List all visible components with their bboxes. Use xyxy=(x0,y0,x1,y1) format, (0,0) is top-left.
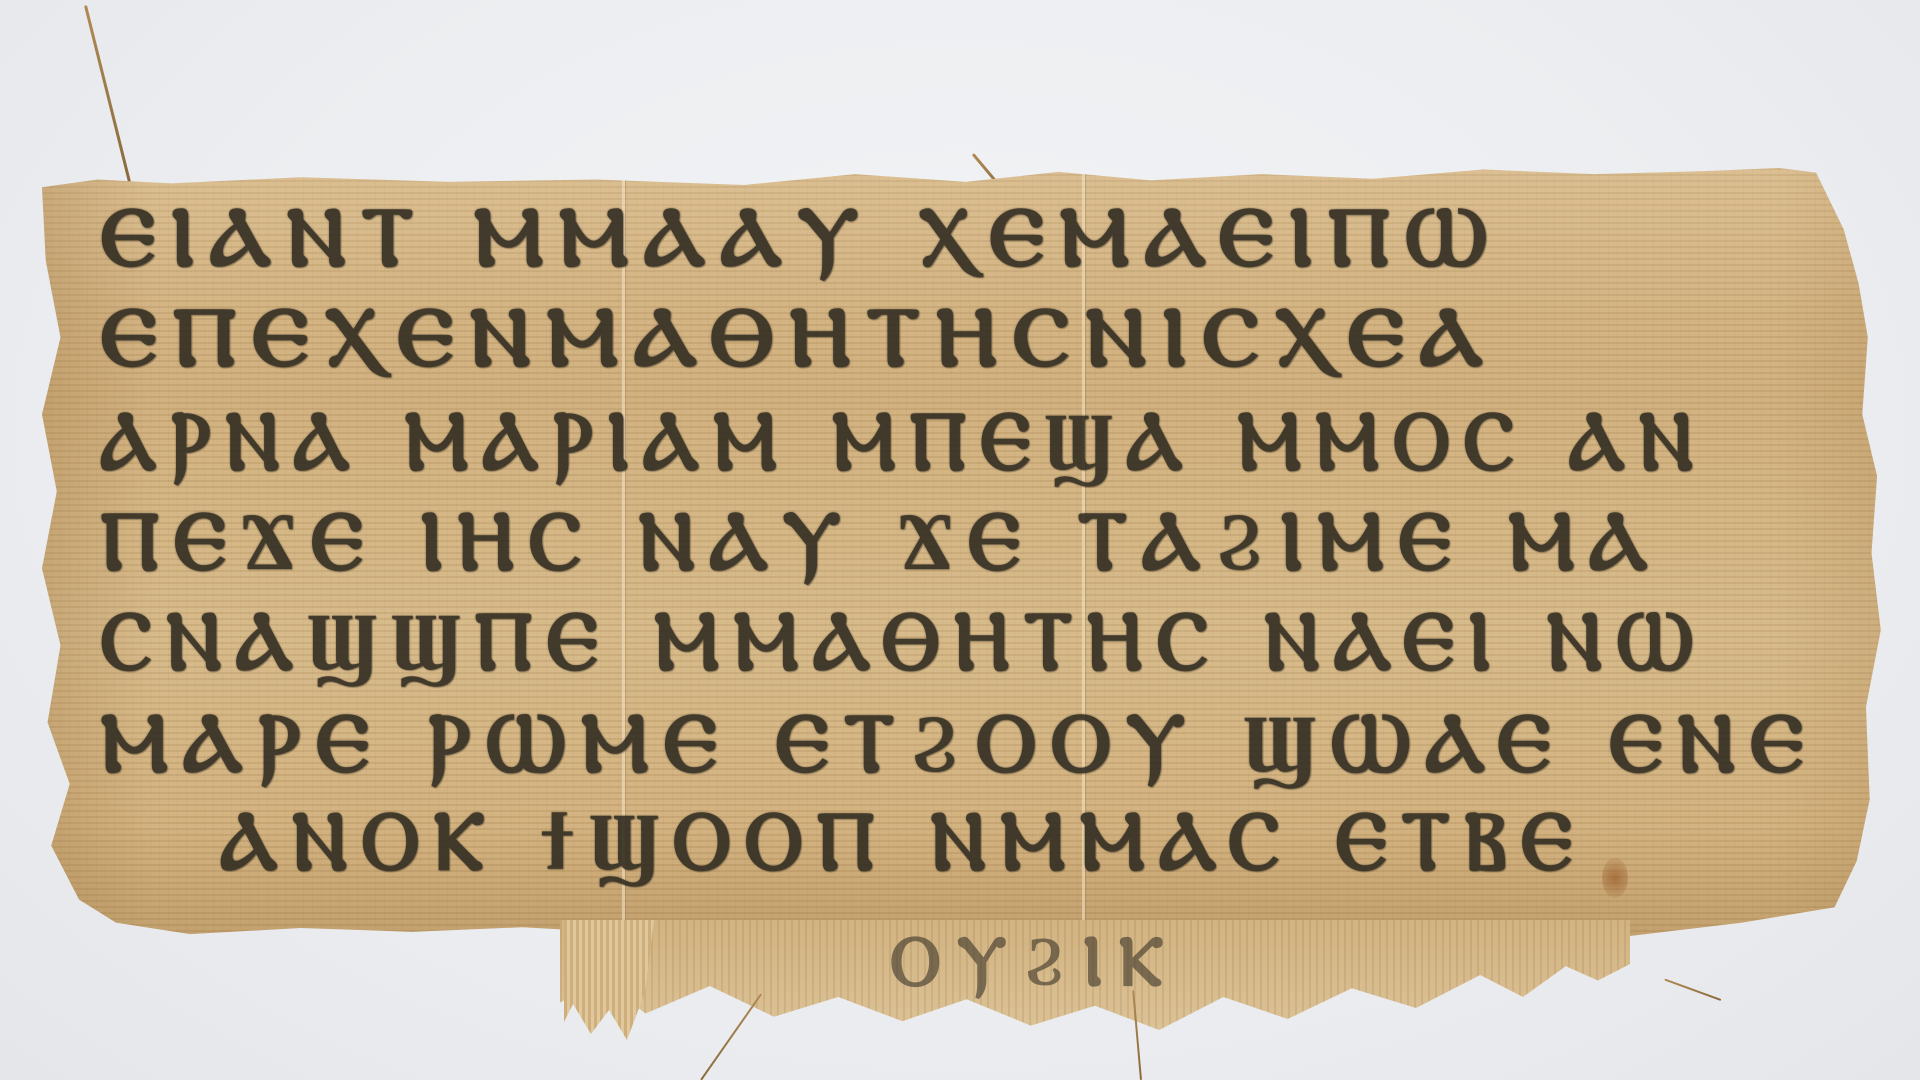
text-line: ⲞⲨϨⲒⲔ xyxy=(890,926,1179,996)
papyrus-fibers xyxy=(564,920,654,1040)
text-line: ⲀⲚⲞⲔ ϯϢⲞⲞⲠ ⲚⲘⲘⲀⲤ ⲈⲦⲂⲈ xyxy=(220,800,1586,882)
text-line: ⲤⲚⲀϢϢⲠⲈ ⲘⲘⲀⲐⲎⲦⲎⲤ ⲚⲀⲈⲒ ⲚⲰ xyxy=(100,600,1707,682)
text-line: ⲀⲢⲚⲀ ⲘⲀⲢⲒⲀⲘ ⲘⲠⲈϢⲀ ⲘⲘⲞⲤ ⲀⲚ xyxy=(100,400,1707,482)
loose-fiber xyxy=(700,993,762,1080)
papyrus-bottom-strip: ⲞⲨϨⲒⲔ xyxy=(560,920,1630,1030)
loose-fiber xyxy=(1664,979,1721,1001)
text-line: ⲈⲒⲀⲚⲦ ⲘⲘⲀⲀⲨ ⲬⲈⲘⲀⲈⲒⲠⲰ xyxy=(100,196,1502,278)
papyrus-stain xyxy=(1602,858,1628,898)
text-line: ⲈⲠⲈⲬⲈⲚⲘⲀⲐⲎⲦⲎⲤⲚⲒⲤⲬⲈⲀ xyxy=(100,296,1498,378)
text-line: ⲠⲈϪⲈ ⲒⲎⲤ ⲚⲀⲨ ϪⲈ ⲦⲀϨⲒⲘⲈ ⲘⲀ xyxy=(100,500,1662,582)
papyrus-fragment: ⲈⲒⲀⲚⲦ ⲘⲘⲀⲀⲨ ⲬⲈⲘⲀⲈⲒⲠⲰ ⲈⲠⲈⲬⲈⲚⲘⲀⲐⲎⲦⲎⲤⲚⲒⲤⲬⲈⲀ… xyxy=(42,168,1890,938)
photo-scene: ⲈⲒⲀⲚⲦ ⲘⲘⲀⲀⲨ ⲬⲈⲘⲀⲈⲒⲠⲰ ⲈⲠⲈⲬⲈⲚⲘⲀⲐⲎⲦⲎⲤⲚⲒⲤⲬⲈⲀ… xyxy=(0,0,1920,1080)
loose-fiber xyxy=(84,5,131,182)
text-line: ⲘⲀⲢⲈ ⲢⲰⲘⲈ ⲈⲦϨⲞⲞⲨ ϢⲰⲀⲈ ⲈⲚⲈ xyxy=(100,702,1818,784)
